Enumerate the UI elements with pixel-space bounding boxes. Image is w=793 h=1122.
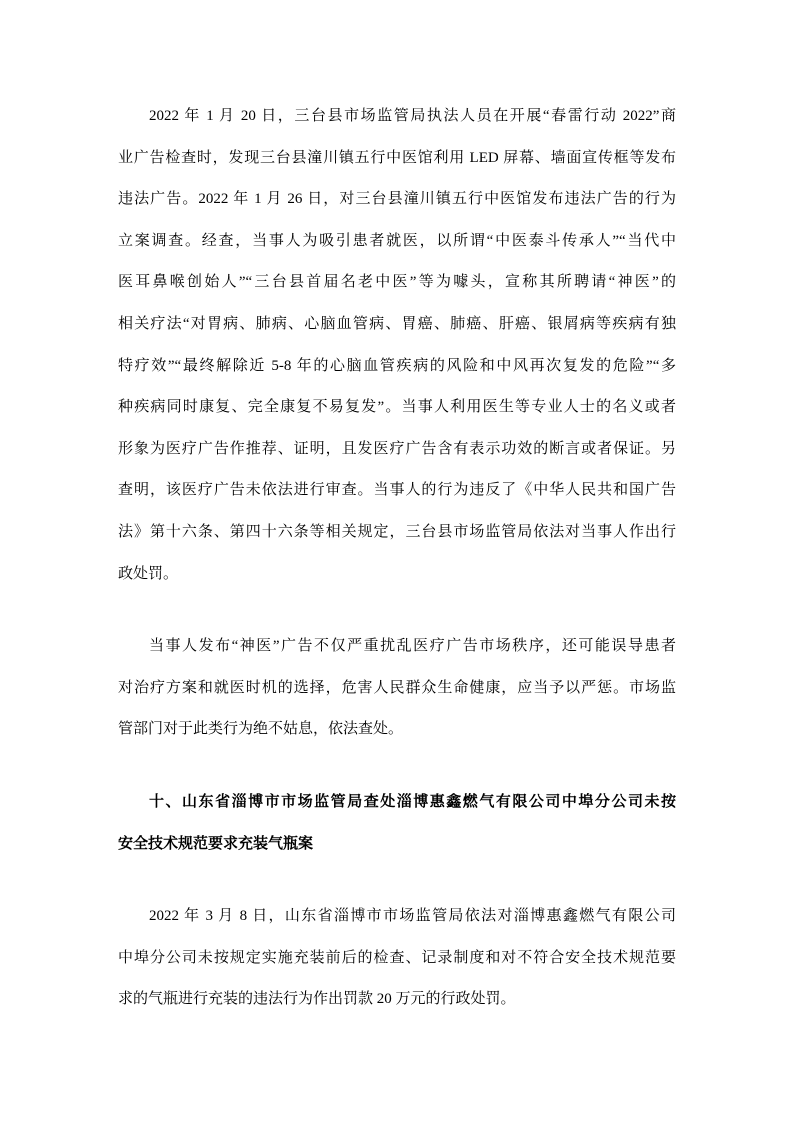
text-line: 特疗效”“最终解除近 5-8 年的心脑血管疾病的风险和中风再次复发的危险”“多 (118, 346, 676, 388)
text-line: 业广告检查时，发现三台县潼川镇五行中医馆利用 LED 屏幕、墙面宣传框等发布 (118, 138, 676, 180)
text-line: 相关疗法“对胃病、肺病、心脑血管病、胃癌、肺癌、肝癌、银屑病等疾病有独 (118, 304, 676, 346)
paragraph-case9-significance: 当事人发布“神医”广告不仅严重扰乱医疗广告市场秩序，还可能误导患者 对治疗方案和… (118, 626, 676, 751)
section-heading-case10: 十、山东省淄博市市场监管局查处淄博惠鑫燃气有限公司中埠分公司未按 安全技术规范要… (118, 782, 676, 865)
paragraph-case9-details: 2022 年 1 月 20 日，三台县市场监管局执法人员在开展“春雷行动 202… (118, 96, 676, 595)
text-line: 医耳鼻喉创始人”“三台县首届名老中医”等为噱头，宣称其所聘请“神医”的 (118, 262, 676, 304)
text-line: 种疾病同时康复、完全康复不易复发”。当事人利用医生等专业人士的名义或者 (118, 387, 676, 429)
text-line: 法》第十六条、第四十六条等相关规定，三台县市场监管局依法对当事人作出行 (118, 512, 676, 554)
heading-line: 安全技术规范要求充装气瓶案 (118, 824, 676, 866)
text-line: 求的气瓶进行充装的违法行为作出罚款 20 万元的行政处罚。 (118, 979, 676, 1021)
text-line: 立案调查。经查，当事人为吸引患者就医，以所谓“中医泰斗传承人”“当代中 (118, 221, 676, 263)
heading-line: 十、山东省淄博市市场监管局查处淄博惠鑫燃气有限公司中埠分公司未按 (118, 782, 676, 824)
text-line: 查明，该医疗广告未依法进行审查。当事人的行为违反了《中华人民共和国广告 (118, 470, 676, 512)
document-page: 2022 年 1 月 20 日，三台县市场监管局执法人员在开展“春雷行动 202… (0, 0, 793, 1122)
text-line: 管部门对于此类行为绝不姑息，依法查处。 (118, 709, 676, 751)
text-line: 违法广告。2022 年 1 月 26 日，对三台县潼川镇五行中医馆发布违法广告的… (118, 179, 676, 221)
text-line: 形象为医疗广告作推荐、证明，且发医疗广告含有表示功效的断言或者保证。另 (118, 429, 676, 471)
text-line: 对治疗方案和就医时机的选择，危害人民群众生命健康，应当予以严惩。市场监 (118, 668, 676, 710)
text-line: 中埠分公司未按规定实施充装前后的检查、记录制度和对不符合安全技术规范要 (118, 938, 676, 980)
text-line: 2022 年 1 月 20 日，三台县市场监管局执法人员在开展“春雷行动 202… (118, 96, 676, 138)
paragraph-case10-details: 2022 年 3 月 8 日，山东省淄博市市场监管局依法对淄博惠鑫燃气有限公司 … (118, 896, 676, 1021)
text-line: 当事人发布“神医”广告不仅严重扰乱医疗广告市场秩序，还可能误导患者 (118, 626, 676, 668)
text-line: 政处罚。 (118, 554, 676, 596)
text-line: 2022 年 3 月 8 日，山东省淄博市市场监管局依法对淄博惠鑫燃气有限公司 (118, 896, 676, 938)
